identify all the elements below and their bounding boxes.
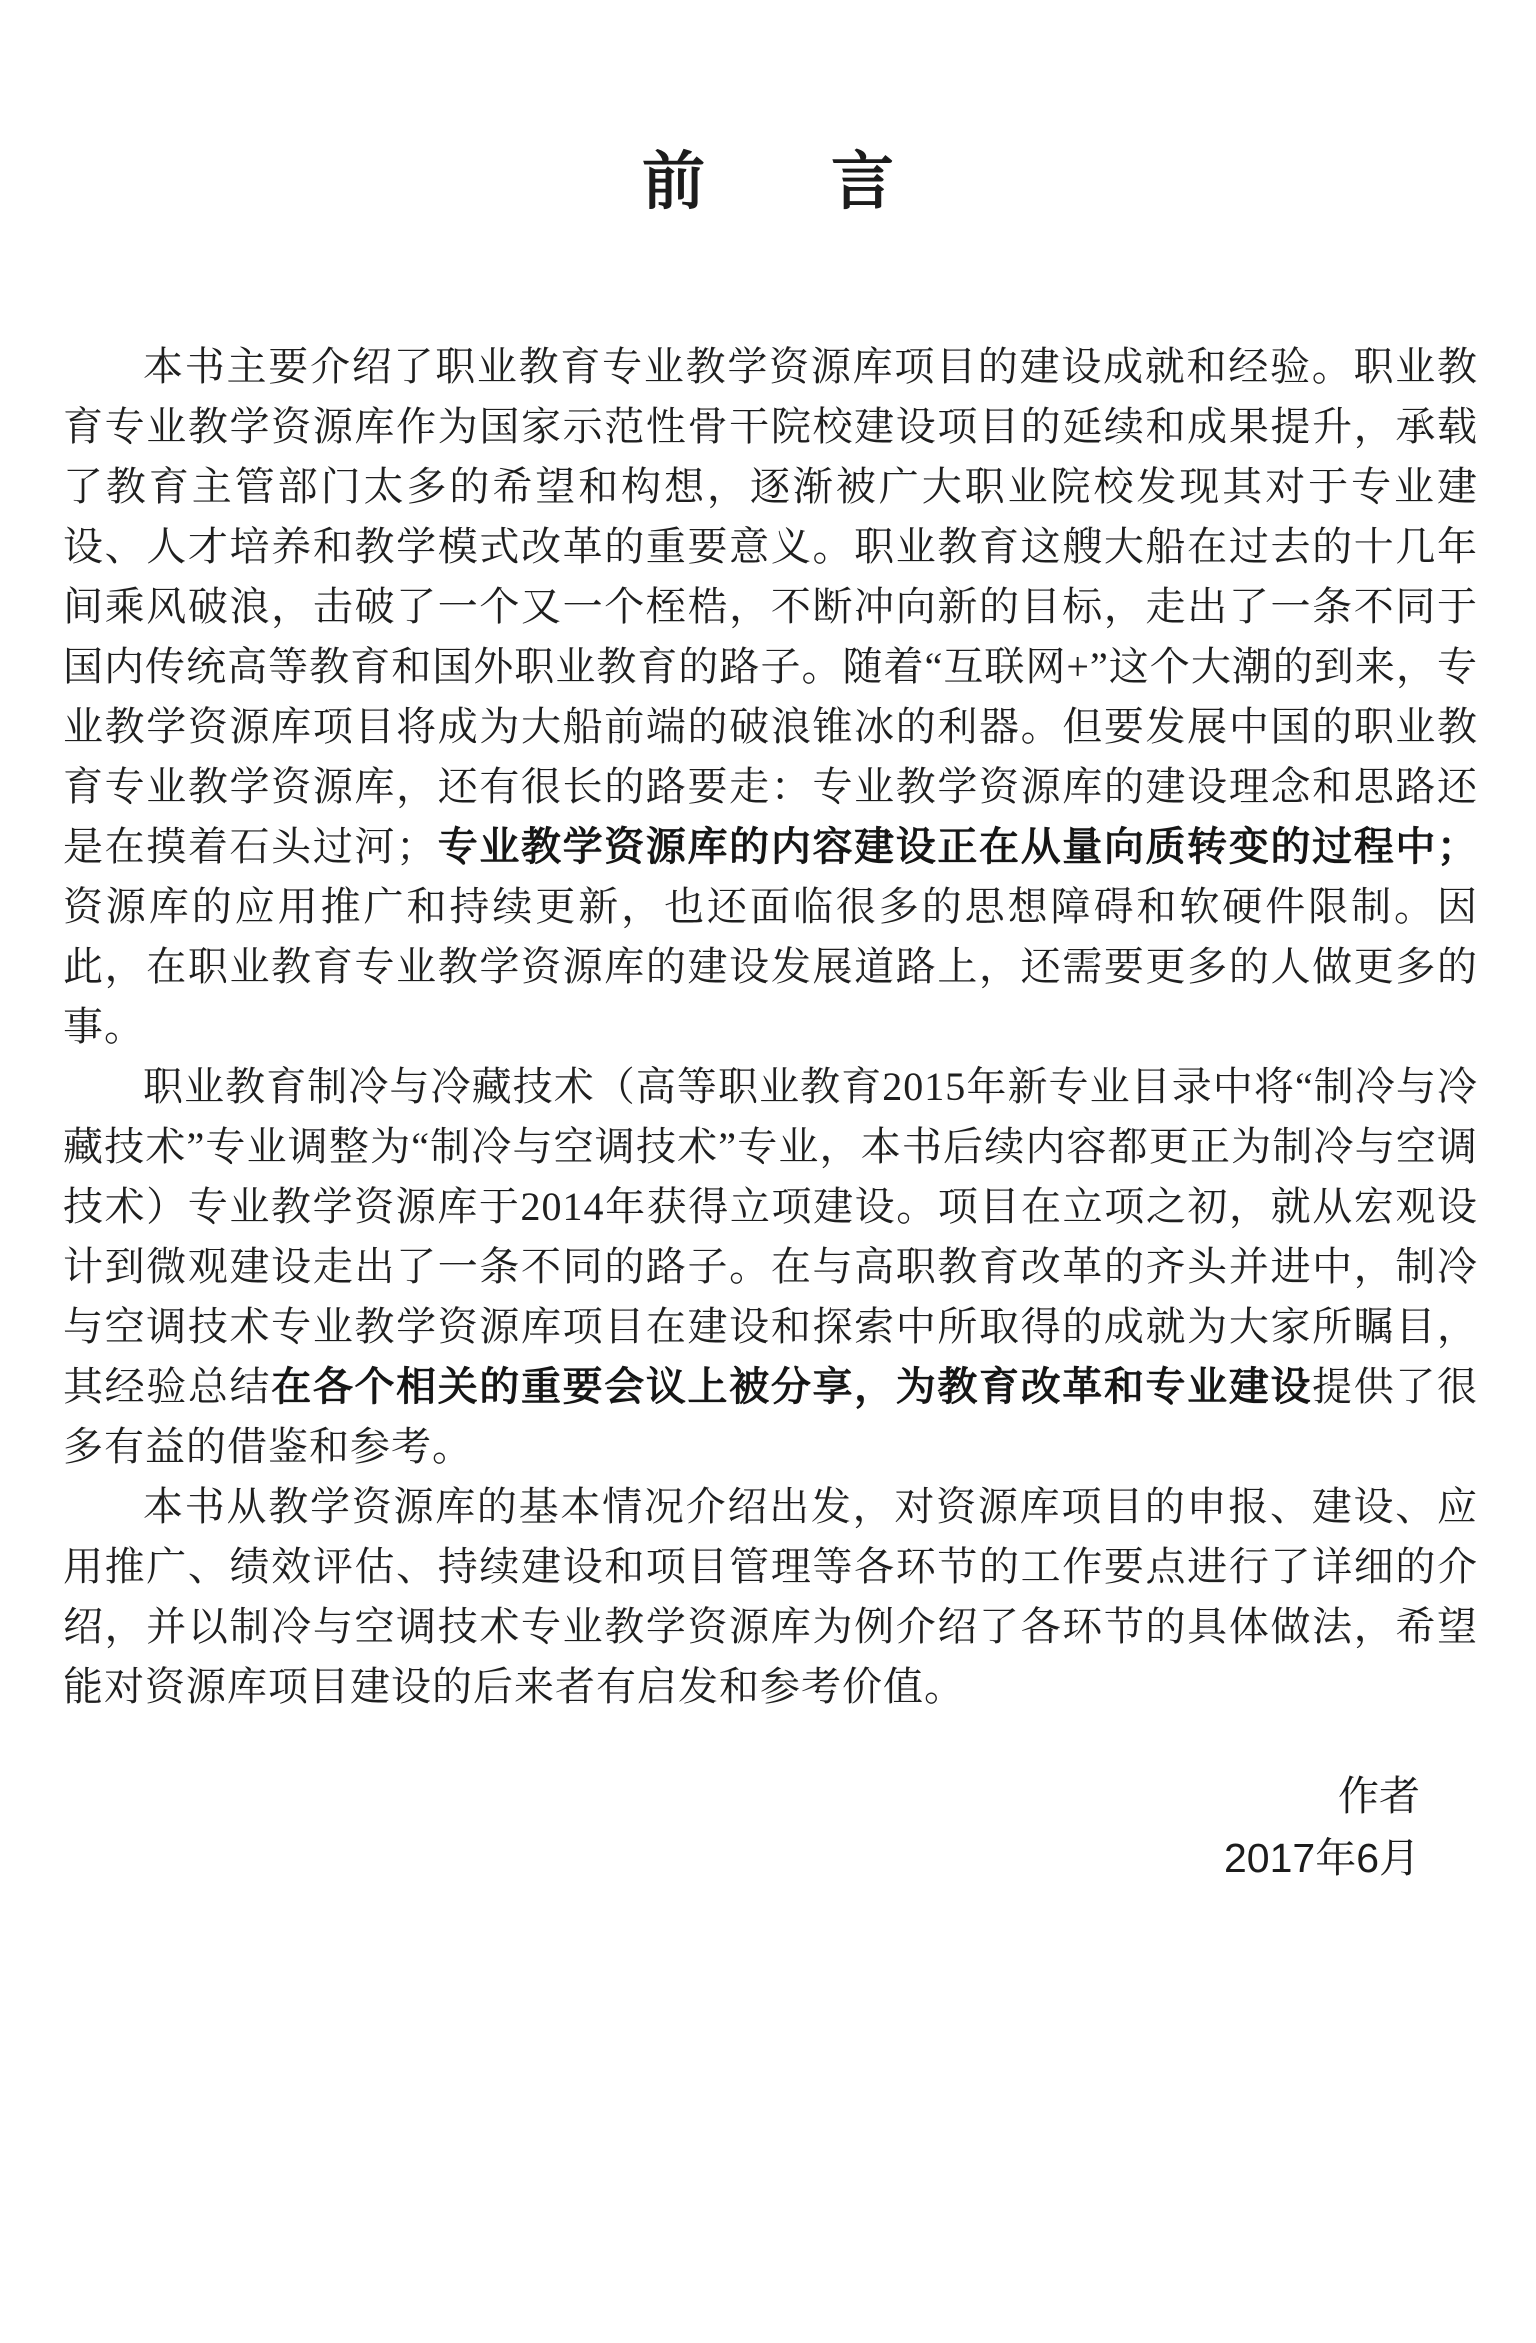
paragraph: 职业教育制冷与冷藏技术（高等职业教育2015年新专业目录中将“制冷与冷藏技术”专… [63,1057,1478,1477]
emphasized-text: 在各个相关的重要会议上被分享，为教育改革和专业建设 [271,1364,1312,1409]
paragraph: 本书从教学资源库的基本情况介绍出发，对资源库项目的申报、建设、应用推广、绩效评估… [63,1477,1478,1717]
signature-block: 作者 2017年6月 [0,1765,1536,1889]
emphasized-text: 专业教学资源库的内容建设正在从量向质转变的过程中； [437,824,1478,869]
paragraph: 本书主要介绍了职业教育专业教学资源库项目的建设成就和经验。职业教育专业教学资源库… [63,337,1478,1057]
signature-date: 2017年6月 [0,1827,1420,1889]
preface-body: 本书主要介绍了职业教育专业教学资源库项目的建设成就和经验。职业教育专业教学资源库… [0,337,1536,1717]
body-text-segment: 职业教育制冷与冷藏技术（高等职业教育2015年新专业目录中将“制冷与冷藏技术”专… [63,1064,1478,1409]
body-text-segment: 本书从教学资源库的基本情况介绍出发，对资源库项目的申报、建设、应用推广、绩效评估… [63,1484,1478,1709]
body-text-segment: 本书主要介绍了职业教育专业教学资源库项目的建设成就和经验。职业教育专业教学资源库… [63,344,1478,869]
preface-page: 前 言 本书主要介绍了职业教育专业教学资源库项目的建设成就和经验。职业教育专业教… [0,0,1536,2343]
page-title: 前 言 [0,0,1536,217]
signature-author: 作者 [0,1765,1420,1827]
body-text-segment: 资源库的应用推广和持续更新，也还面临很多的思想障碍和软硬件限制。因此，在职业教育… [63,884,1478,1049]
